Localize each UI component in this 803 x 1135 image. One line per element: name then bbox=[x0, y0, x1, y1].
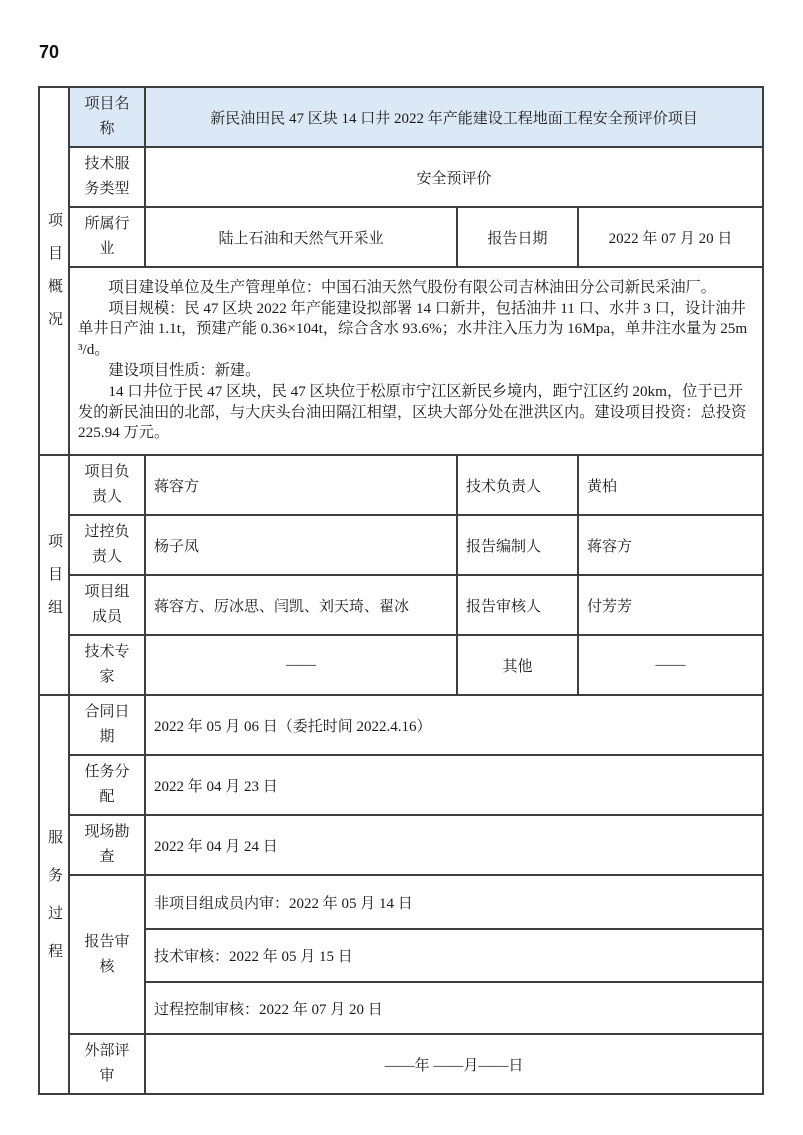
description-paragraph-1: 项目建设单位及生产管理单位：中国石油天然气股份有限公司吉林油田分公司新民采油厂。 bbox=[78, 278, 754, 299]
tech-leader-value: 黄柏 bbox=[578, 455, 763, 515]
report-reviewer-label: 报告审核人 bbox=[457, 575, 578, 635]
technical-review-value: 技术审核：2022 年 05 月 15 日 bbox=[145, 929, 763, 982]
description-paragraph-3: 建设项目性质：新建。 bbox=[78, 361, 754, 382]
industry-label: 所属行业 bbox=[69, 207, 145, 267]
external-review-label: 外部评审 bbox=[69, 1034, 145, 1094]
industry-value: 陆上石油和天然气开采业 bbox=[145, 207, 457, 267]
tech-expert-label: 技术专家 bbox=[69, 635, 145, 695]
page-number: 70 bbox=[39, 42, 59, 63]
other-label: 其他 bbox=[457, 635, 578, 695]
team-members-value: 蒋容方、厉冰思、闫凯、刘天琦、翟冰 bbox=[145, 575, 457, 635]
project-name-value: 新民油田民 47 区块 14 口井 2022 年产能建设工程地面工程安全预评价项… bbox=[145, 87, 763, 147]
service-type-value: 安全预评价 bbox=[145, 147, 763, 207]
site-survey-label: 现场勘查 bbox=[69, 815, 145, 875]
tech-expert-value: —— bbox=[145, 635, 457, 695]
report-reviewer-value: 付芳芳 bbox=[578, 575, 763, 635]
internal-review-value: 非项目组成员内审：2022 年 05 月 14 日 bbox=[145, 875, 763, 929]
description-paragraph-4: 14 口井位于民 47 区块，民 47 区块位于松原市宁江区新民乡境内，距宁江区… bbox=[78, 382, 754, 444]
project-description-cell: 项目建设单位及生产管理单位：中国石油天然气股份有限公司吉林油田分公司新民采油厂。… bbox=[69, 267, 763, 455]
project-name-label: 项目名称 bbox=[69, 87, 145, 147]
task-assignment-label: 任务分配 bbox=[69, 755, 145, 815]
contract-date-label: 合同日期 bbox=[69, 695, 145, 755]
description-paragraph-2: 项目规模：民 47 区块 2022 年产能建设拟部署 14 口新井，包括油井 1… bbox=[78, 299, 754, 361]
section-label-process: 服务过程 bbox=[39, 695, 69, 1094]
task-assignment-value: 2022 年 04 月 23 日 bbox=[145, 755, 763, 815]
section-label-overview: 项目概况 bbox=[39, 87, 69, 455]
external-review-value: ——年 ——月——日 bbox=[145, 1034, 763, 1094]
project-leader-label: 项目负责人 bbox=[69, 455, 145, 515]
other-value: —— bbox=[578, 635, 763, 695]
process-control-leader-value: 杨子凤 bbox=[145, 515, 457, 575]
project-summary-table: 项目概况 项目名称 新民油田民 47 区块 14 口井 2022 年产能建设工程… bbox=[38, 86, 764, 1095]
report-author-value: 蒋容方 bbox=[578, 515, 763, 575]
team-members-label: 项目组成员 bbox=[69, 575, 145, 635]
project-leader-value: 蒋容方 bbox=[145, 455, 457, 515]
process-control-review-value: 过程控制审核：2022 年 07 月 20 日 bbox=[145, 982, 763, 1034]
service-type-label: 技术服务类型 bbox=[69, 147, 145, 207]
process-control-leader-label: 过控负责人 bbox=[69, 515, 145, 575]
site-survey-value: 2022 年 04 月 24 日 bbox=[145, 815, 763, 875]
contract-date-value: 2022 年 05 月 06 日（委托时间 2022.4.16） bbox=[145, 695, 763, 755]
report-author-label: 报告编制人 bbox=[457, 515, 578, 575]
section-label-team: 项目组 bbox=[39, 455, 69, 695]
report-date-value: 2022 年 07 月 20 日 bbox=[578, 207, 763, 267]
tech-leader-label: 技术负责人 bbox=[457, 455, 578, 515]
report-review-label: 报告审核 bbox=[69, 875, 145, 1034]
report-date-label: 报告日期 bbox=[457, 207, 578, 267]
